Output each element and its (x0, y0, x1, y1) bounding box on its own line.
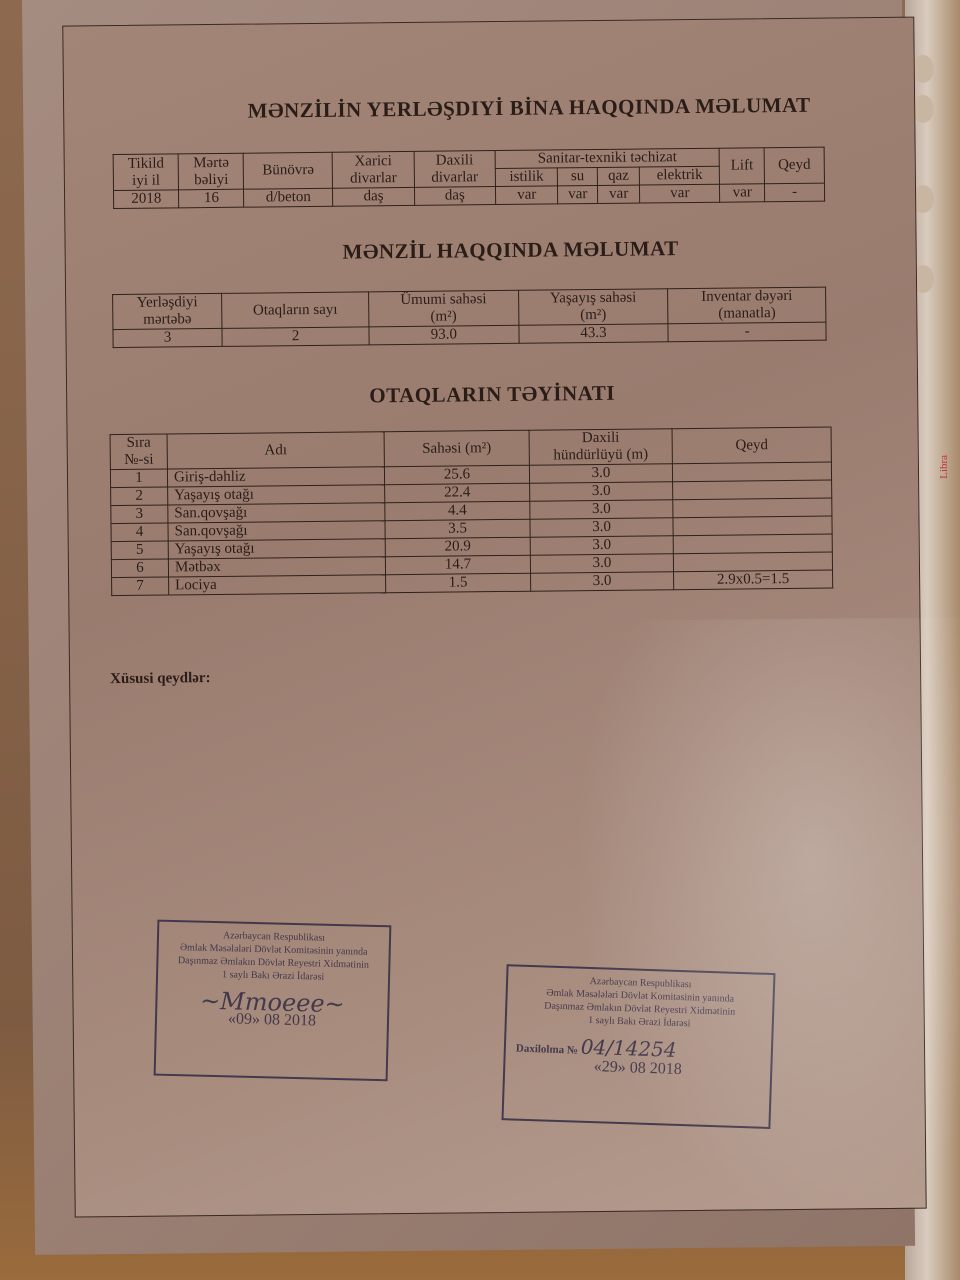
cell: 4 (111, 523, 168, 542)
cell: 3.0 (530, 554, 673, 573)
cell: 14.7 (385, 555, 530, 575)
cell: var (558, 185, 598, 203)
rooms-section-title: OTAQLARIN TƏYİNATI (67, 378, 917, 412)
col-total-area: Ümumi sahəsi(m²) (369, 290, 519, 327)
col-note: Qeyd (672, 427, 831, 464)
col-heating: istilik (495, 168, 558, 187)
cell: - (668, 322, 826, 342)
col-inventory-value: Inventar dəyəri(manatla) (668, 287, 826, 324)
rooms-table: Sıra№-si Adı Sahəsi (m²) Daxilihündürlüy… (110, 427, 834, 597)
stamp-left: Azərbaycan Respublikası Əmlak Məsələləri… (154, 920, 392, 1082)
col-room-count: Otaqların sayı (222, 292, 369, 329)
col-sanitary-group: Sanitar-texniki təchizat (495, 148, 720, 168)
cell (672, 462, 831, 482)
special-notes-label: Xüsusi qeydlər: (110, 670, 211, 688)
cell: 2 (111, 487, 168, 506)
cell: 20.9 (385, 537, 530, 557)
cell: 1 (110, 469, 167, 488)
cell: var (598, 185, 640, 203)
col-gas: qaz (597, 167, 639, 185)
cell: 5 (111, 541, 168, 560)
col-height: Daxilihündürlüyü (m) (529, 429, 672, 465)
cell: 93.0 (369, 325, 519, 345)
cell: 1.5 (386, 573, 531, 593)
cell: 16 (179, 189, 244, 208)
col-area: Sahəsi (m²) (384, 430, 529, 467)
cell: Yaşayış otağı (168, 539, 385, 559)
document-sheet: MƏNZİLİN YERLƏŞDIYİ BİNA HAQQINDA MƏLUMA… (22, 0, 915, 1255)
plastic-glare (570, 617, 960, 1221)
cell: 3.5 (385, 519, 530, 539)
cell (673, 552, 832, 572)
cell: 6 (111, 559, 168, 578)
col-lift: Lift (719, 148, 764, 184)
cell: var (495, 186, 558, 205)
cell: var (640, 184, 720, 203)
col-outer-walls: Xaricidivarlar (332, 151, 414, 188)
cell: 4.4 (385, 501, 530, 521)
col-living-area: Yaşayış sahəsi(m²) (518, 289, 668, 326)
cell (673, 516, 832, 536)
cell: 2018 (114, 190, 180, 209)
col-year: Tikildiyi il (113, 154, 179, 191)
col-electric: elektrik (640, 166, 720, 185)
cell: d/beton (244, 188, 333, 207)
apartment-table: Yerləşdiyimərtəbə Otaqların sayı Ümumi s… (112, 287, 827, 348)
cell: 3 (111, 505, 168, 524)
cell: 3.0 (530, 536, 673, 555)
cell: 3.0 (530, 500, 673, 519)
building-table: Tikildiyi il Mərtəbəliyi Bünövrə Xaricid… (113, 147, 826, 209)
cell (673, 498, 832, 518)
cell (673, 534, 832, 554)
col-floor: Yerləşdiyimərtəbə (113, 293, 222, 329)
cell: San.qovşağı (168, 521, 385, 541)
cell: Giriş-dəhliz (167, 467, 384, 487)
cell: 22.4 (385, 483, 530, 503)
cell: 3.0 (530, 482, 673, 501)
cell: San.qovşağı (168, 503, 385, 523)
cell: daş (333, 187, 415, 206)
cell: 2 (222, 327, 369, 347)
cell: - (765, 183, 825, 202)
col-note: Qeyd (764, 147, 824, 184)
cell: Mətbəx (168, 557, 385, 577)
signature: ~Mmoeee~ (167, 994, 377, 1012)
apartment-section-title: MƏNZİL HAQQINDA MƏLUMAT (86, 233, 936, 267)
col-floors: Mərtəbəliyi (179, 153, 244, 190)
cell: 43.3 (518, 324, 668, 344)
col-water: su (558, 167, 598, 185)
binder-hole (912, 55, 934, 83)
document-frame: MƏNZİLİN YERLƏŞDIYİ BİNA HAQQINDA MƏLUMA… (62, 17, 926, 1218)
building-section-title: MƏNZİLİN YERLƏŞDIYİ BİNA HAQQINDA MƏLUMA… (104, 91, 954, 125)
cell: var (720, 184, 765, 202)
stamp-date: «09» 08 2018 (167, 1011, 377, 1029)
cell: 3.0 (530, 518, 673, 537)
cell: 3.0 (529, 464, 672, 483)
binder-tag: Libra (938, 455, 950, 479)
cell: 25.6 (384, 465, 529, 485)
cell: Yaşayış otağı (168, 485, 385, 505)
col-no: Sıra№-si (110, 434, 167, 470)
col-name: Adı (167, 432, 384, 469)
cell: 3 (113, 328, 222, 347)
cell (673, 480, 832, 500)
cell: daş (414, 187, 496, 206)
col-foundation: Bünövrə (243, 152, 332, 189)
cell: 7 (112, 577, 169, 596)
cell: 2.9x0.5=1.5 (674, 570, 833, 590)
col-inner-walls: Daxilidivarlar (414, 151, 496, 188)
stamp-right: Azərbaycan Respublikası Əmlak Məsələləri… (501, 964, 775, 1129)
cell: Lociya (169, 575, 386, 595)
cell: 3.0 (531, 572, 674, 591)
